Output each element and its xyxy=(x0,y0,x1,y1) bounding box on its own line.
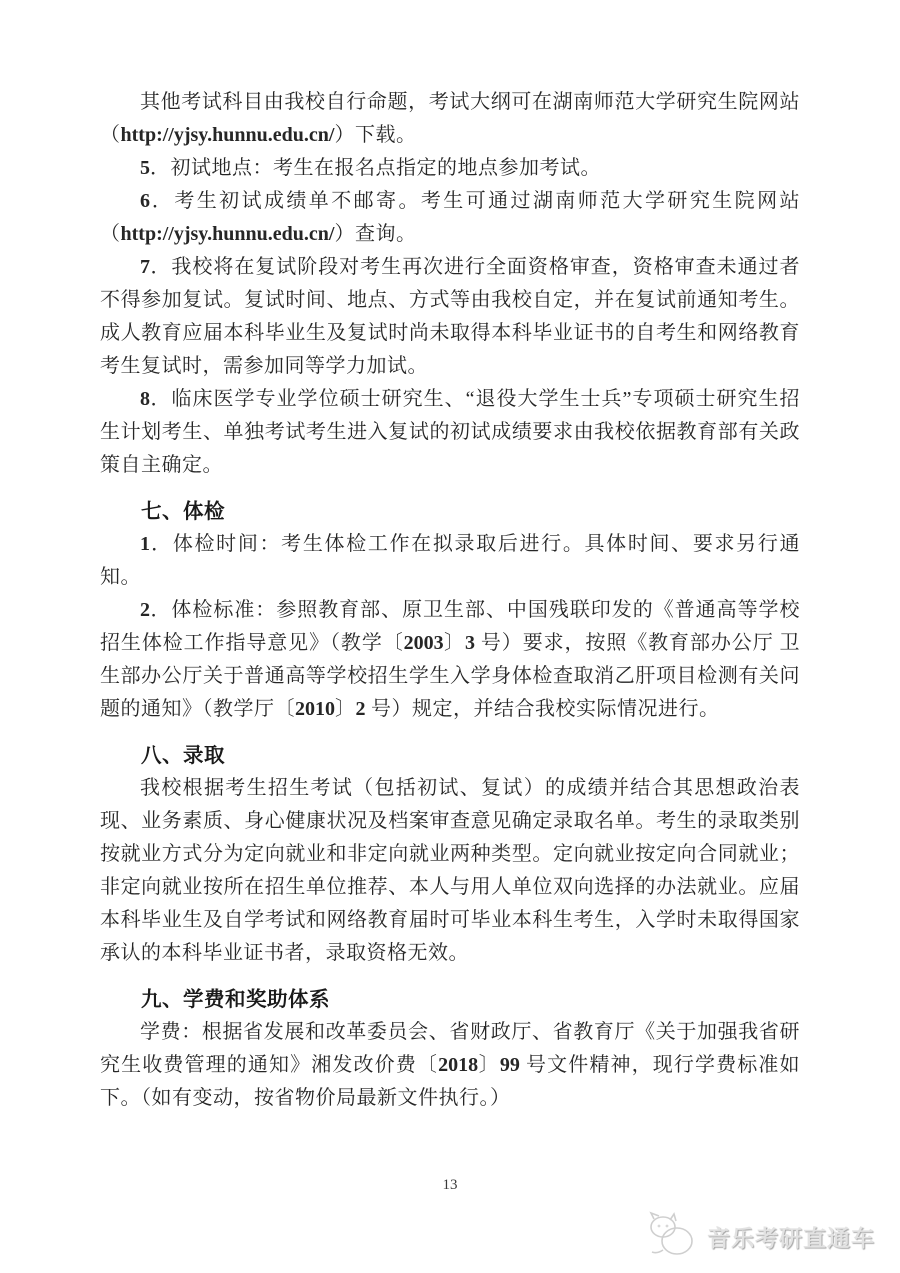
document-body: 其他考试科目由我校自行命题，考试大纲可在湖南师范大学研究生院网站（http://… xyxy=(100,86,800,1115)
page-number: 13 xyxy=(0,1177,900,1194)
mascot-logo-icon xyxy=(643,1210,701,1262)
paragraph: 5．初试地点：考生在报名点指定的地点参加考试。 xyxy=(100,152,800,185)
paragraph: 2．体检标准：参照教育部、原卫生部、中国残联印发的《普通高等学校招生体检工作指导… xyxy=(100,594,800,726)
paragraph: 7．我校将在复试阶段对考生再次进行全面资格审查，资格审查未通过者不得参加复试。复… xyxy=(100,251,800,383)
section-heading: 九、学费和奖助体系 xyxy=(100,983,800,1016)
paragraph: 我校根据考生招生考试（包括初试、复试）的成绩并结合其思想政治表现、业务素质、身心… xyxy=(100,772,800,970)
section-heading: 七、体检 xyxy=(100,495,800,528)
watermark-label: 音乐考研直通车 xyxy=(707,1220,875,1253)
section-heading: 八、录取 xyxy=(100,739,800,772)
paragraph: 6．考生初试成绩单不邮寄。考生可通过湖南师范大学研究生院网站（http://yj… xyxy=(100,185,800,251)
paragraph: 8．临床医学专业学位硕士研究生、“退役大学生士兵”专项硕士研究生招生计划考生、单… xyxy=(100,383,800,482)
paragraph: 其他考试科目由我校自行命题，考试大纲可在湖南师范大学研究生院网站（http://… xyxy=(100,86,800,152)
watermark: 音乐考研直通车 xyxy=(643,1210,875,1262)
paragraph: 1．体检时间：考生体检工作在拟录取后进行。具体时间、要求另行通知。 xyxy=(100,528,800,594)
document-page: 其他考试科目由我校自行命题，考试大纲可在湖南师范大学研究生院网站（http://… xyxy=(0,0,900,1273)
paragraph: 学费：根据省发展和改革委员会、省财政厅、省教育厅《关于加强我省研究生收费管理的通… xyxy=(100,1016,800,1115)
